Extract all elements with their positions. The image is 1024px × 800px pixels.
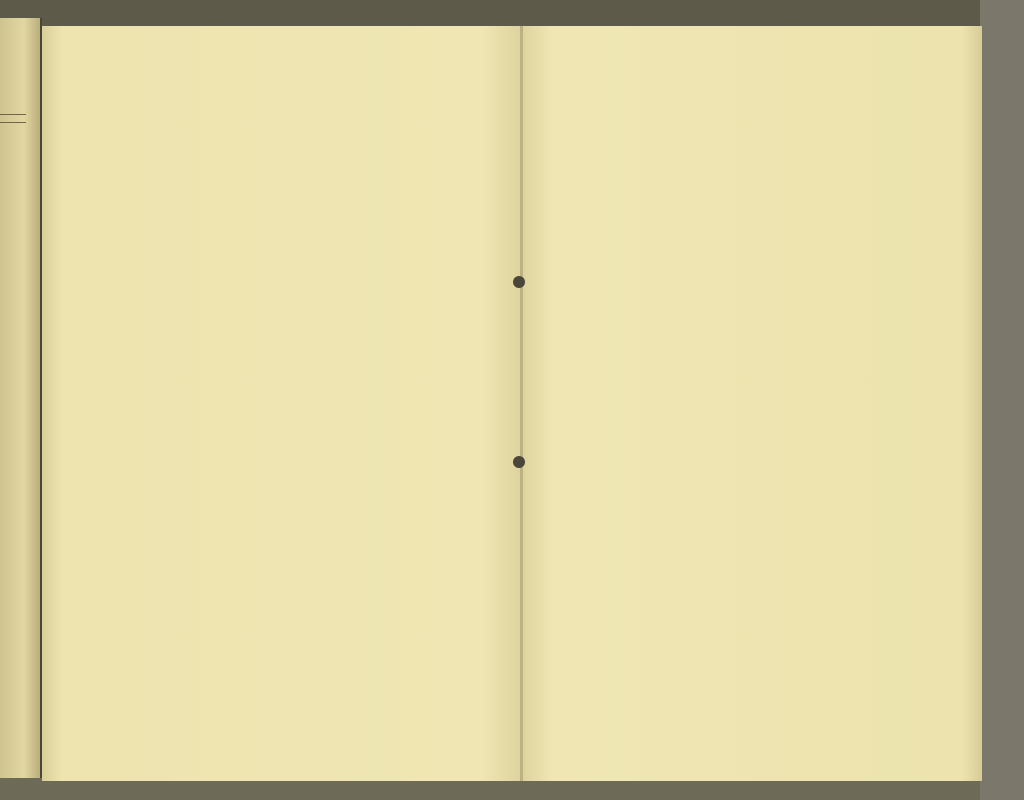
left-page [42, 26, 522, 781]
right-page [522, 26, 982, 781]
binding-hole [513, 456, 525, 468]
previous-page-strip [0, 18, 42, 778]
book-fold [520, 26, 523, 781]
background-top [0, 0, 1024, 28]
strip-rule [0, 122, 26, 123]
strip-rule [0, 114, 26, 115]
binding-hole [513, 276, 525, 288]
background-board [980, 0, 1024, 800]
